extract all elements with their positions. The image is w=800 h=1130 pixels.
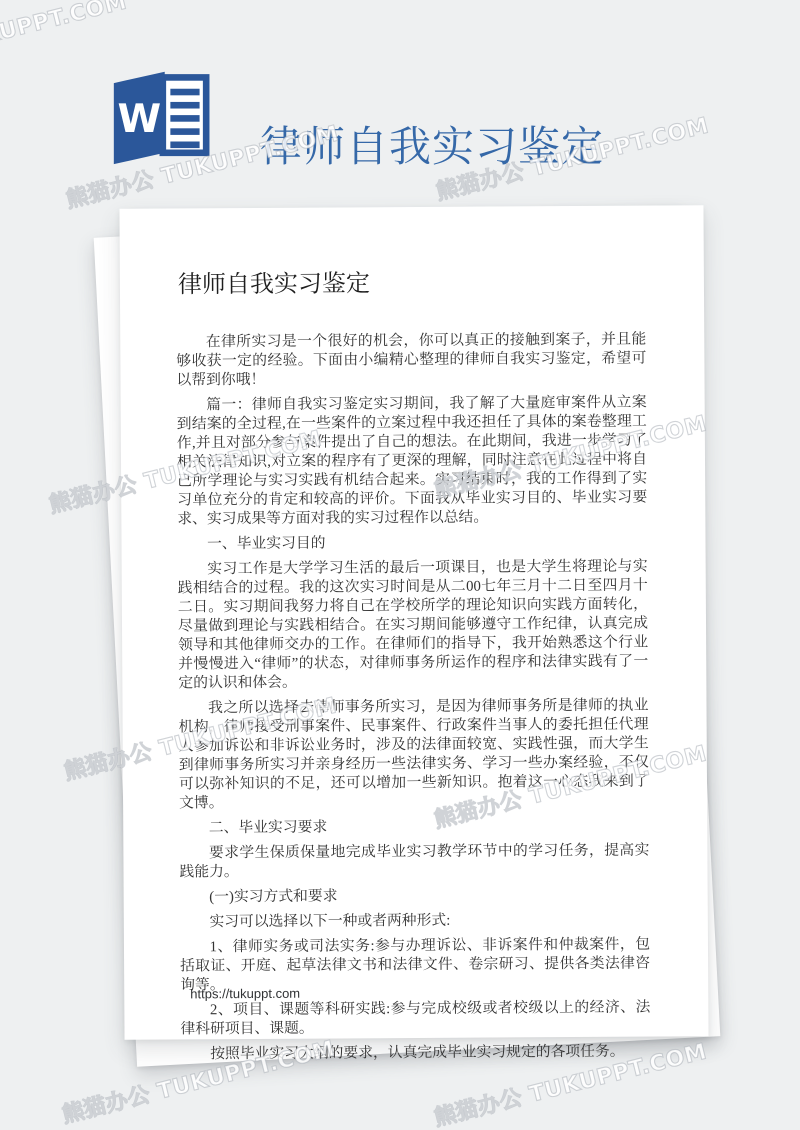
- doc-paragraph: 在律所实习是一个很好的机会，你可以真正的接触到案子，并且能够收获一定的经验。下面…: [176, 331, 646, 391]
- doc-paragraph: 2、项目、课题等科研实践:参与完成校级或者校级以上的经济、法律科研项目、课题。: [180, 999, 650, 1040]
- doc-heading: 二、毕业实习要求: [179, 817, 649, 839]
- page-title: 律师自我实习鉴定: [260, 124, 604, 170]
- doc-paragraph: 篇一：律师自我实习鉴定实习期间，我了解了大量庭审案件从立案到结案的全过程,在一些…: [177, 394, 648, 530]
- doc-paragraph: 要求学生保质保量地完成毕业实习教学环节中的学习任务，提高实践能力。: [179, 842, 649, 883]
- word-icon: W: [108, 68, 212, 166]
- document-page: 律师自我实习鉴定 在律所实习是一个很好的机会，你可以真正的接触到案子，并且能够收…: [119, 205, 708, 1040]
- doc-heading: 一、毕业实习目的: [177, 533, 647, 555]
- doc-title: 律师自我实习鉴定: [178, 268, 646, 301]
- doc-paragraph: 实习工作是大学学习生活的最后一项课目，也是大学生将理论与实践相结合的过程。我的这…: [178, 558, 649, 694]
- footer-url-link[interactable]: https://tukuppt.com: [190, 986, 300, 1002]
- doc-paragraph: 按照毕业实习大纲的要求，认真完成毕业实习规定的各项任务。: [181, 1043, 651, 1065]
- doc-paragraph: 我之所以选择去律师事务所实习，是因为律师事务所是律师的执业机构，律师接受刑事案件…: [178, 697, 649, 814]
- document-preview-canvas: W 律师自我实习鉴定 律师自我实习鉴定 在律所实习是一个很好的机会，你可以真正的…: [0, 0, 800, 1130]
- doc-heading: (一)实习方式和要求: [180, 886, 650, 908]
- document-page-content: 律师自我实习鉴定 在律所实习是一个很好的机会，你可以真正的接触到案子，并且能够收…: [119, 205, 708, 1040]
- doc-paragraph: 实习可以选择以下一种或者两种形式:: [180, 911, 650, 933]
- svg-text:W: W: [117, 96, 161, 142]
